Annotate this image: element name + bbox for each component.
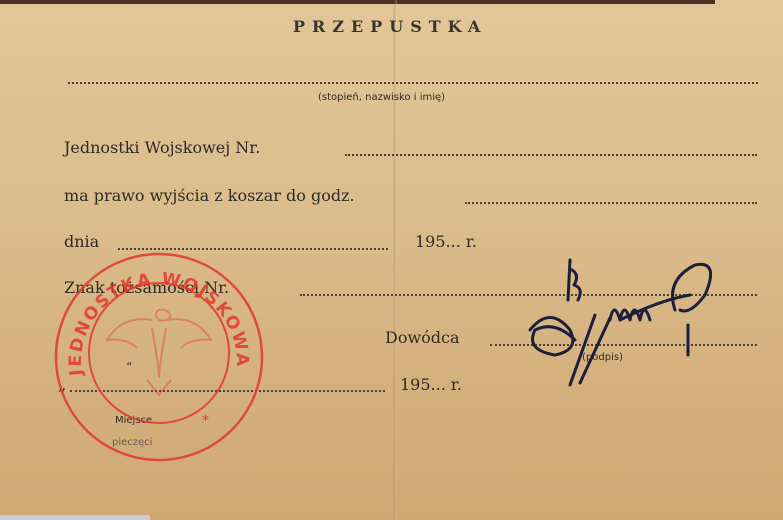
- name-fill-line: [68, 82, 758, 84]
- date-year: 195... r.: [415, 232, 477, 251]
- commander-label: Dowódca: [385, 328, 460, 347]
- date-label: dnia: [64, 232, 99, 251]
- background-surface: [0, 515, 150, 520]
- unit-label: Jednostki Wojskowej Nr.: [64, 138, 260, 157]
- svg-text:*: *: [202, 413, 209, 429]
- svg-text:JEDNOSTKA WOJSKOWA: JEDNOSTKA WOJSKOWA: [66, 269, 252, 378]
- unit-fill-line: [345, 154, 757, 156]
- military-unit-stamp: JEDNOSTKA WOJSKOWA *: [52, 250, 266, 464]
- paper-fold-line: [393, 0, 397, 520]
- commander-signature: [520, 250, 750, 390]
- place-year: 195... r.: [400, 375, 462, 394]
- leave-time-label: ma prawo wyjścia z koszar do godz.: [64, 186, 355, 205]
- document-title: PRZEPUSTKA: [293, 17, 487, 36]
- leave-time-fill-line: [465, 202, 757, 204]
- name-caption: (stopień, nazwisko i imię): [318, 92, 445, 103]
- eagle-emblem-icon: [107, 310, 211, 395]
- paper-top-edge: [0, 0, 715, 4]
